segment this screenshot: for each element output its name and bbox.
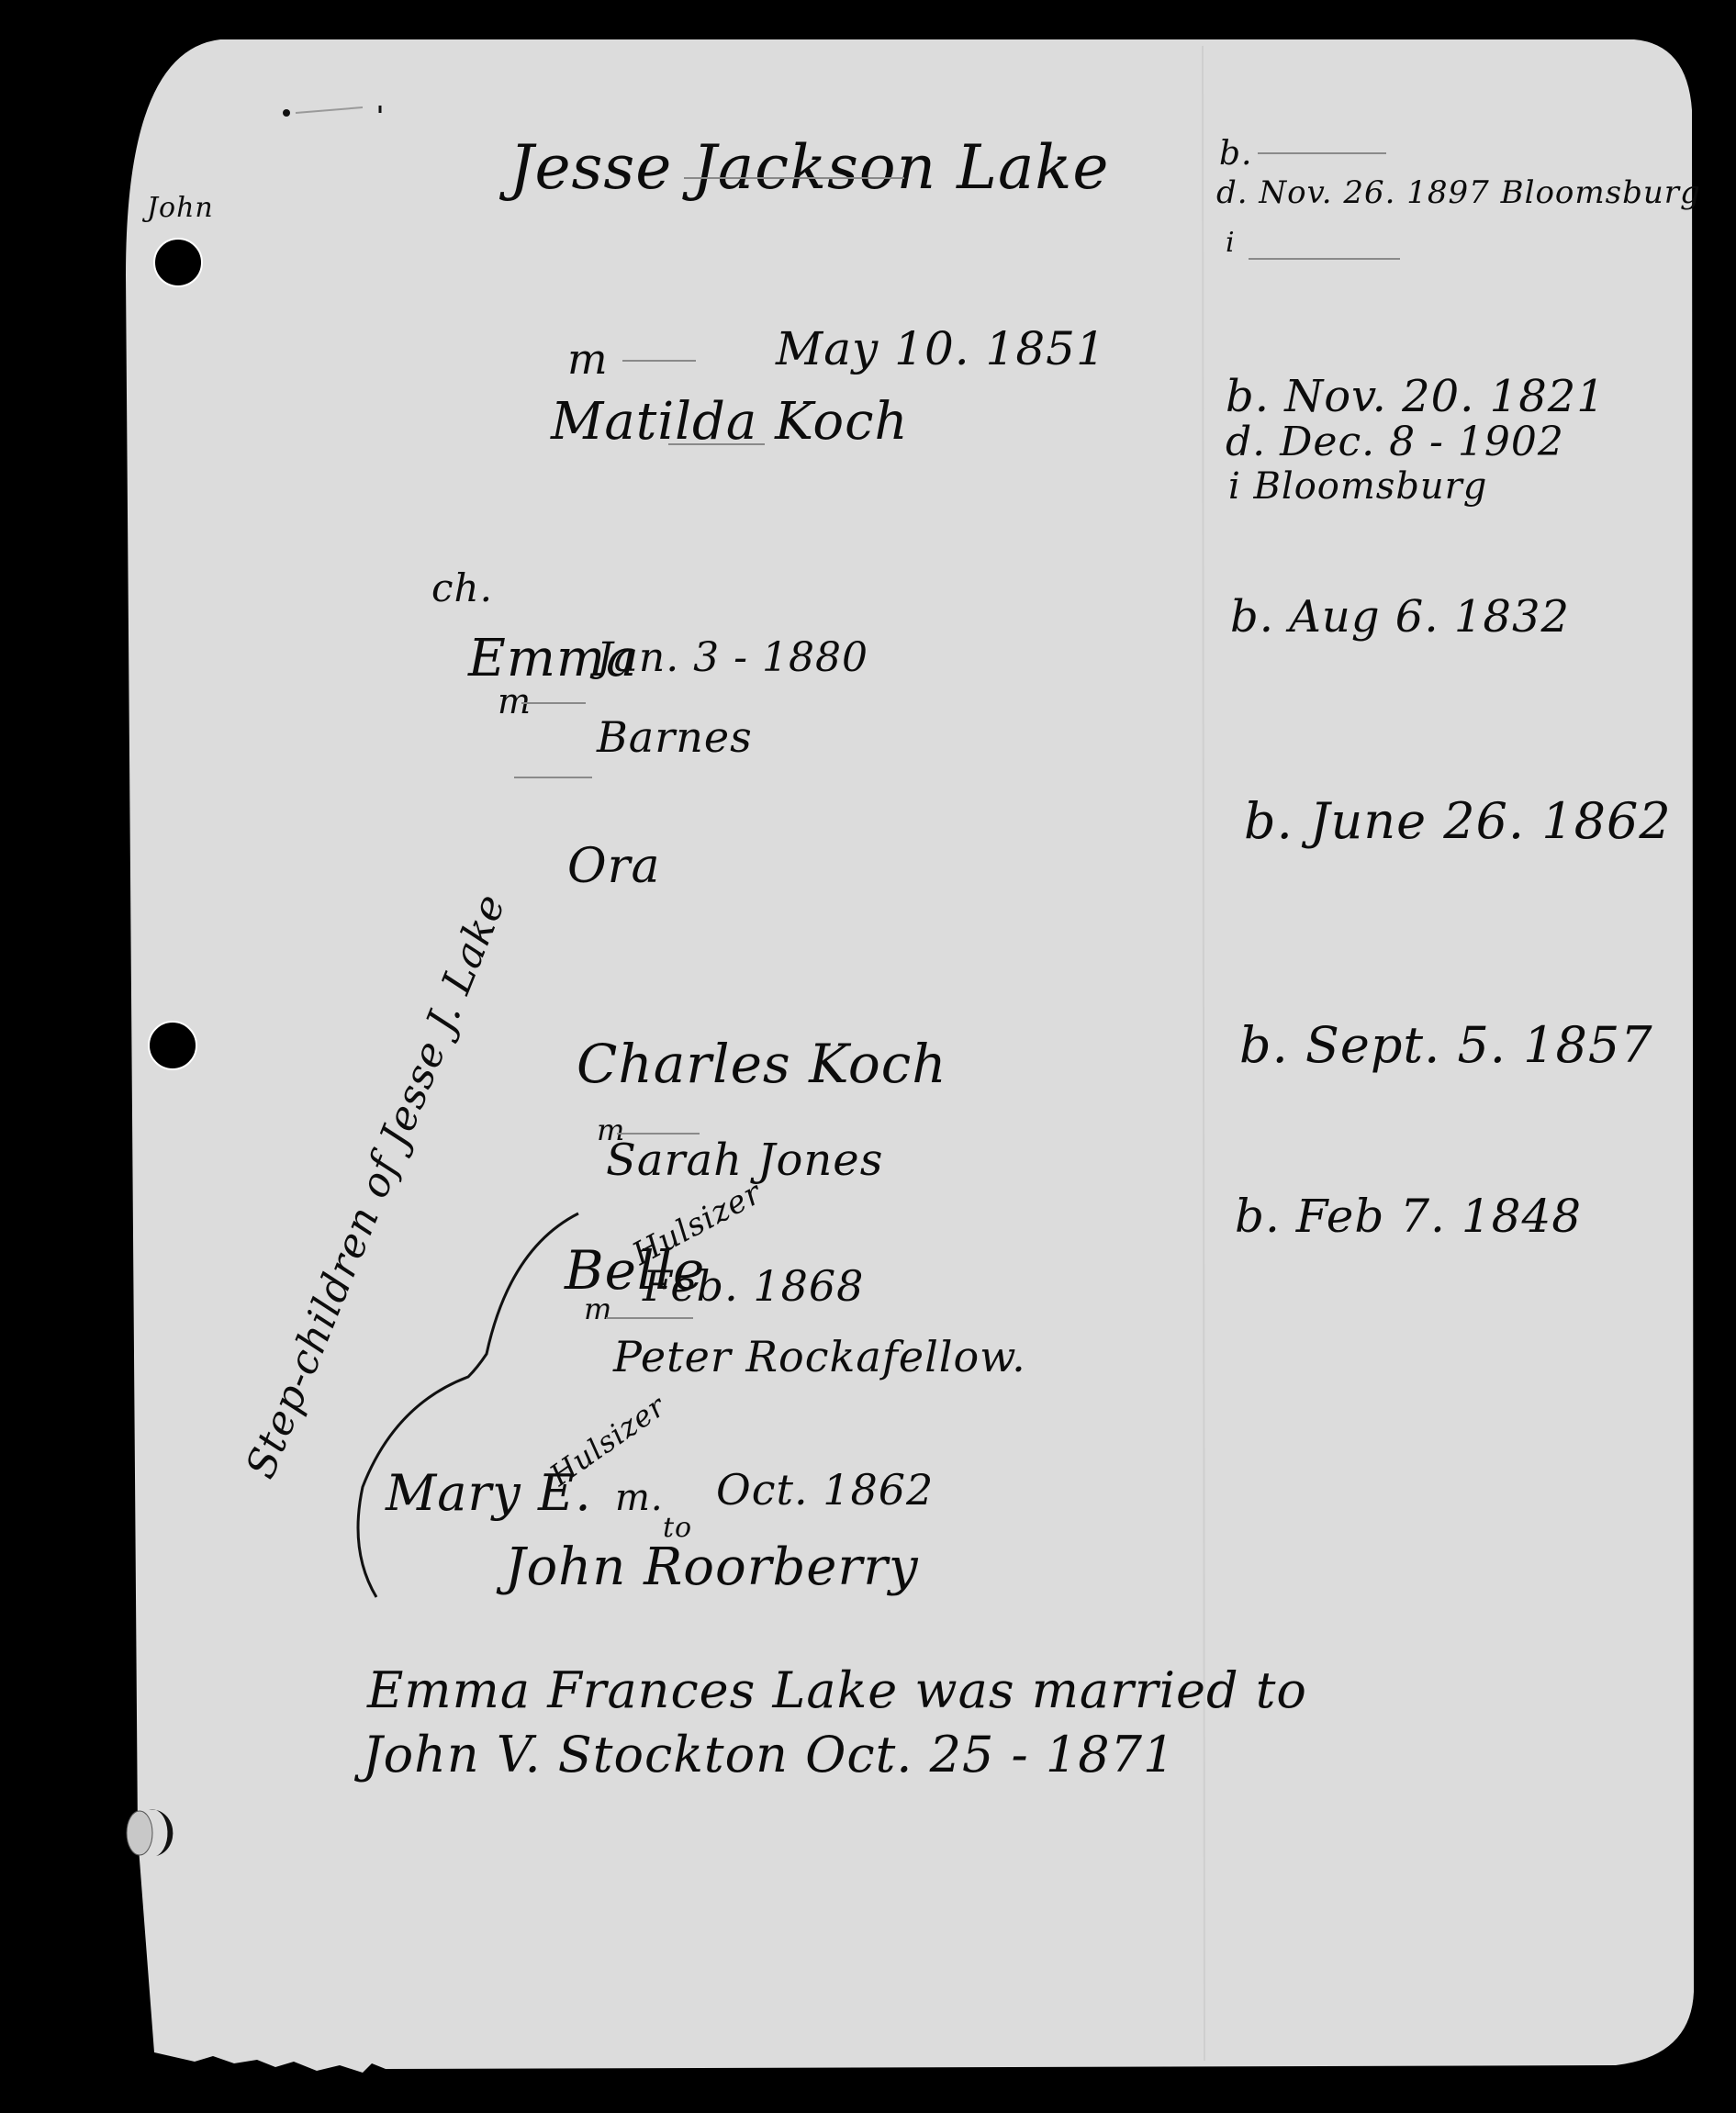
child-emma-marriage-date: Jan. 3 - 1880 [597,638,868,678]
spouse-born: b. Nov. 20. 1821 [1226,375,1606,419]
head-name: Jesse Jackson Lake [510,138,1109,198]
scanned-document-page: John Jesse Jackson Lake b. d. Nov. 26. 1… [0,0,1736,2113]
margin-note: John [147,195,214,222]
child-name-ora: Ora [567,843,661,890]
punch-hole-icon [149,1022,196,1069]
head-interred-label: i [1226,229,1236,257]
ink-dot-icon [283,109,290,117]
head-died: d. Nov. 26. 1897 Bloomsburg [1216,177,1701,208]
marriage-date: May 10. 1851 [776,326,1106,372]
stepchild-mary-marriage-date: Oct. 1862 [716,1469,934,1511]
marriage-label: m [567,338,609,380]
stepchild-belle-marriage-label: m [584,1294,612,1324]
child-emma-marriage-label: m [498,684,532,719]
stepchild-charles-born: b. Sept. 5. 1857 [1239,1021,1653,1070]
stepchild-belle-born: b. Feb 7. 1848 [1235,1193,1582,1239]
stepchild-mary-marriage-label: m. [615,1480,664,1516]
footer-line-1: Emma Frances Lake was married to [367,1666,1307,1716]
children-label: ch. [431,569,493,608]
spouse-name: Matilda Koch [551,397,909,448]
footer-line-2: John V. Stockton Oct. 25 - 1871 [363,1730,1175,1780]
punch-hole-icon [154,239,202,286]
stepchild-belle-marriage-date: Feb. 1868 [643,1265,864,1307]
stepchild-charles-name: Charles Koch [577,1037,947,1090]
stepchild-charles-spouse: Sarah Jones [606,1138,883,1182]
stepchild-mary-spouse: John Roorberry [505,1542,919,1593]
punch-hole-icon [127,1811,152,1855]
child-ora-born: b. June 26. 1862 [1244,797,1672,846]
head-born-label: b. [1219,138,1253,171]
child-emma-spouse: Barnes [597,716,753,758]
stepchild-belle-spouse: Peter Rockafellow. [613,1336,1026,1378]
spouse-interred: i Bloomsburg [1228,468,1487,505]
spouse-died: d. Dec. 8 - 1902 [1226,422,1564,463]
child-emma-born: b. Aug 6. 1832 [1230,595,1570,639]
